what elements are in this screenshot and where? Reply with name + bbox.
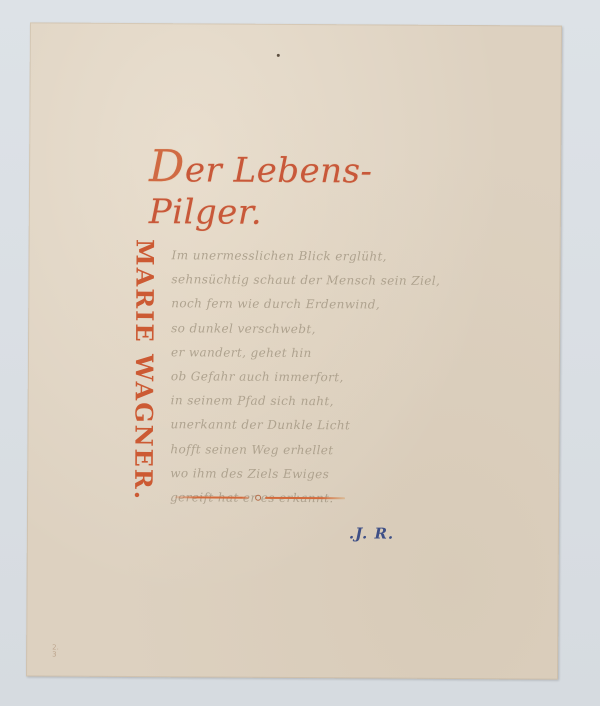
poem-line: noch fern wie durch Erdenwind, [171, 292, 461, 318]
rule-center-dot [255, 495, 261, 501]
poem-line: so dunkel verschwebt, [171, 316, 461, 342]
poem-body: Im unermesslichen Blick erglüht, sehnsüc… [170, 243, 462, 511]
poem-line: ob Gefahr auch immerfort, [171, 364, 461, 390]
rule-left-bar [175, 496, 249, 498]
ink-speck [277, 54, 280, 57]
author-name-vertical: MARIE WAGNER. [122, 239, 160, 529]
rule-right-bar [265, 497, 345, 499]
manuscript-page: Der Lebens-Pilger. MARIE WAGNER. Im uner… [26, 22, 562, 679]
signature-initials: .J. R. [349, 524, 394, 542]
poem-line: hofft seinen Weg erhellet [170, 437, 460, 463]
pencil-annotation: 2. 3 [52, 645, 59, 659]
pencil-note-line: 3 [52, 652, 59, 659]
poem-line: wo ihm des Ziels Ewiges [170, 461, 460, 487]
poem-line: in seinem Pfad sich naht, [171, 388, 461, 414]
poem-line: er wandert, gehet hin [171, 340, 461, 366]
decorative-rule [175, 493, 345, 502]
poem-line: Im unermesslichen Blick erglüht, [172, 243, 462, 269]
document-title: Der Lebens-Pilger. [149, 141, 450, 234]
title-initial: D [149, 141, 185, 192]
poem-line: unerkannt der Dunkle Licht [170, 413, 460, 439]
poem-line: sehnsüchtig schaut der Mensch sein Ziel, [171, 267, 461, 293]
